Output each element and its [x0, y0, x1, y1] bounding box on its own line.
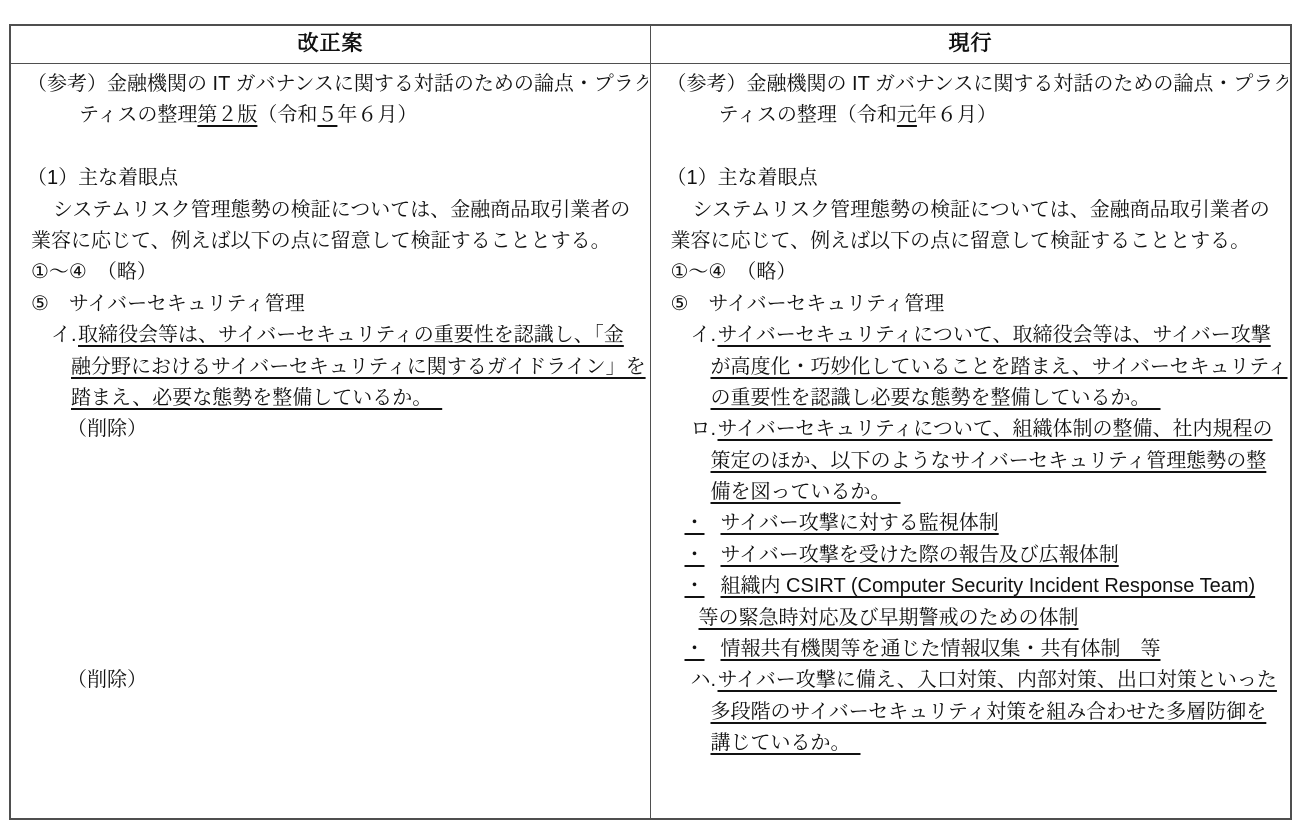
text-line [661, 132, 1289, 163]
text-segment: ティスの整理（令和 [719, 104, 897, 126]
underlined-text: 元 [897, 104, 917, 126]
item-label: ロ. [691, 414, 718, 445]
text-segment: （1）主な着眼点 [667, 167, 818, 189]
text-segment: 年６月） [917, 104, 997, 126]
text-line [21, 634, 648, 665]
bullet-marker: ・ [685, 508, 699, 539]
text-segment: 業容に応じて、例えば以下の点に留意して検証することとする。 [31, 230, 611, 252]
text-segment: （削除） [67, 418, 147, 440]
page: { "colors": { "background": "#ffffff", "… [0, 0, 1300, 833]
bullet-marker: ・ [685, 634, 699, 665]
text-line: 融分野におけるサイバーセキュリティに関するガイドライン」を [21, 352, 648, 383]
text-segment: システムリスク管理態勢の検証については、金融商品取引業者の [693, 199, 1270, 221]
text-segment: 年６月） [337, 104, 417, 126]
item-label: イ. [51, 320, 78, 351]
text-segment: （令和 [257, 104, 317, 126]
text-line: 備を図っているか。 [661, 477, 1289, 508]
text-line: ⑤ サイバーセキュリティ管理 [21, 289, 648, 320]
text-segment: （削除） [67, 669, 147, 691]
underlined-text: 策定のほか、以下のようなサイバーセキュリティ管理態勢の整 [711, 450, 1267, 472]
text-line: 業容に応じて、例えば以下の点に留意して検証することとする。 [21, 226, 648, 257]
underlined-text: 取締役会等は、サイバーセキュリティの重要性を認識し、「金 [78, 324, 624, 346]
column-header-amended: 改正案 [11, 26, 651, 63]
text-line [21, 477, 648, 508]
underlined-text: 講じているか。 [711, 732, 861, 754]
text-line: システムリスク管理態勢の検証については、金融商品取引業者の [21, 195, 648, 226]
text-segment: （1）主な着眼点 [27, 167, 178, 189]
item-label: ハ. [691, 665, 718, 696]
underlined-text: が高度化・巧妙化していることを踏まえ、サイバーセキュリティ [711, 356, 1288, 378]
text-line [21, 132, 648, 163]
text-line: ロ.サイバーセキュリティについて、組織体制の整備、社内規程の [661, 414, 1289, 445]
text-segment: （参考）金融機関の IT ガバナンスに関する対話のための論点・プラク [27, 73, 648, 95]
text-line [21, 508, 648, 539]
underlined-text: の重要性を認識し必要な態勢を整備しているか。 [711, 387, 1161, 409]
underlined-text: 多段階のサイバーセキュリティ対策を組み合わせた多層防御を [711, 701, 1267, 723]
underlined-text: 組織内 CSIRT (Computer Security Incident Re… [721, 575, 1256, 597]
text-line: ①～④ （略） [661, 257, 1289, 288]
text-segment: 業容に応じて、例えば以下の点に留意して検証することとする。 [671, 230, 1251, 252]
bullet-marker: ・ [685, 571, 699, 602]
text-line: ハ.サイバー攻撃に備え、入口対策、内部対策、出口対策といった [661, 665, 1289, 696]
text-line: 講じているか。 [661, 728, 1289, 759]
underlined-text: 融分野におけるサイバーセキュリティに関するガイドライン」を [71, 356, 646, 378]
text-line: 等の緊急時対応及び早期警戒のための体制 [661, 603, 1289, 634]
text-line: イ.取締役会等は、サイバーセキュリティの重要性を認識し、「金 [21, 320, 648, 351]
text-segment: ⑤ サイバーセキュリティ管理 [671, 293, 945, 315]
underlined-text: サイバー攻撃に備え、入口対策、内部対策、出口対策といった [718, 669, 1277, 691]
underlined-text: サイバーセキュリティについて、取締役会等は、サイバー攻撃 [718, 324, 1271, 346]
table-body-row: （参考）金融機関の IT ガバナンスに関する対話のための論点・プラクティスの整理… [11, 64, 1290, 818]
text-segment: システムリスク管理態勢の検証については、金融商品取引業者の [53, 199, 630, 221]
underlined-text: 等の緊急時対応及び早期警戒のための体制 [699, 607, 1079, 629]
text-line: ・サイバー攻撃を受けた際の報告及び広報体制 [661, 540, 1289, 571]
text-segment: ①～④ （略） [31, 261, 157, 283]
text-line: システムリスク管理態勢の検証については、金融商品取引業者の [661, 195, 1289, 226]
text-line: が高度化・巧妙化していることを踏まえ、サイバーセキュリティ [661, 352, 1289, 383]
text-line [21, 571, 648, 602]
comparison-table: 改正案 現行 （参考）金融機関の IT ガバナンスに関する対話のための論点・プラ… [9, 24, 1292, 820]
text-line [21, 540, 648, 571]
text-line: 多段階のサイバーセキュリティ対策を組み合わせた多層防御を [661, 697, 1289, 728]
bullet-marker: ・ [685, 540, 699, 571]
item-label: イ. [691, 320, 718, 351]
text-line: （参考）金融機関の IT ガバナンスに関する対話のための論点・プラク [21, 69, 648, 100]
text-line: ①～④ （略） [21, 257, 648, 288]
text-line: （1）主な着眼点 [21, 163, 648, 194]
amended-column-body: （参考）金融機関の IT ガバナンスに関する対話のための論点・プラクティスの整理… [11, 64, 651, 818]
column-header-current: 現行 [651, 26, 1290, 63]
text-line: 踏まえ、必要な態勢を整備しているか。 [21, 383, 648, 414]
underlined-text: 備を図っているか。 [711, 481, 901, 503]
underlined-text: サイバーセキュリティについて、組織体制の整備、社内規程の [718, 418, 1273, 440]
text-line: の重要性を認識し必要な態勢を整備しているか。 [661, 383, 1289, 414]
text-segment: ティスの整理 [79, 104, 197, 126]
text-line [21, 603, 648, 634]
text-line: ・サイバー攻撃に対する監視体制 [661, 508, 1289, 539]
text-line: ⑤ サイバーセキュリティ管理 [661, 289, 1289, 320]
current-column-body: （参考）金融機関の IT ガバナンスに関する対話のための論点・プラクティスの整理… [651, 64, 1291, 818]
underlined-text: 情報共有機関等を通じた情報収集・共有体制 等 [721, 638, 1161, 660]
text-line: （削除） [21, 414, 648, 445]
text-segment: ⑤ サイバーセキュリティ管理 [31, 293, 305, 315]
underlined-text: サイバー攻撃を受けた際の報告及び広報体制 [721, 544, 1119, 566]
text-line: ティスの整理第２版（令和５年６月） [21, 100, 648, 131]
text-line: （1）主な着眼点 [661, 163, 1289, 194]
text-line: （参考）金融機関の IT ガバナンスに関する対話のための論点・プラク [661, 69, 1289, 100]
table-header-row: 改正案 現行 [11, 26, 1290, 64]
text-line: イ.サイバーセキュリティについて、取締役会等は、サイバー攻撃 [661, 320, 1289, 351]
underlined-text: サイバー攻撃に対する監視体制 [721, 512, 999, 534]
underlined-text: 第２版 [197, 104, 257, 126]
text-segment: （参考）金融機関の IT ガバナンスに関する対話のための論点・プラク [667, 73, 1289, 95]
text-line: （削除） [21, 665, 648, 696]
text-line: ティスの整理（令和元年６月） [661, 100, 1289, 131]
underlined-text: 踏まえ、必要な態勢を整備しているか。 [71, 387, 442, 409]
text-line [21, 446, 648, 477]
text-line: 業容に応じて、例えば以下の点に留意して検証することとする。 [661, 226, 1289, 257]
text-line: ・情報共有機関等を通じた情報収集・共有体制 等 [661, 634, 1289, 665]
underlined-text: ５ [317, 104, 337, 126]
text-line: ・組織内 CSIRT (Computer Security Incident R… [661, 571, 1289, 602]
text-line: 策定のほか、以下のようなサイバーセキュリティ管理態勢の整 [661, 446, 1289, 477]
text-segment: ①～④ （略） [671, 261, 797, 283]
